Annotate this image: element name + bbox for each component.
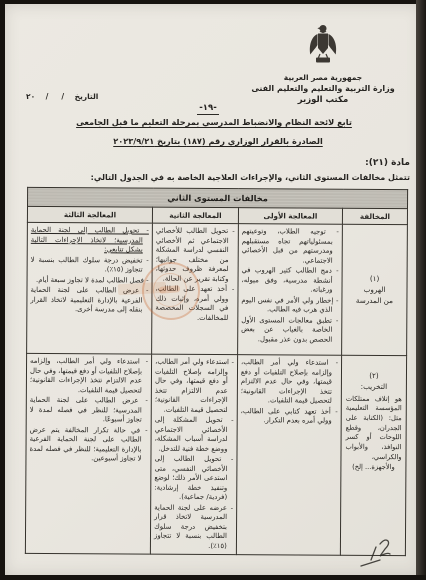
violation-number: (٢) — [345, 371, 403, 382]
table-caption-row: مخالفات المستوى الثاني — [28, 187, 408, 208]
violations-table: مخالفات المستوى الثاني المخالفة المعالجة… — [25, 187, 408, 557]
treatment-item: - إخطار ولي الأمر في نفس اليوم الذي هرب … — [241, 296, 338, 316]
letterhead-ministry: وزارة التربية والتعليم والتعليم الفنى — [248, 84, 398, 93]
col-header-treatment-3: المعالجة الثالثة — [27, 206, 152, 223]
table-row-escape: (١) الهروب من المدرسة - توجيه الطلاب، وت… — [27, 222, 408, 355]
treatment-item: - في حالة تكرار المخالفة يتم عرض الطالب … — [29, 425, 147, 464]
col-header-treatment-1: المعالجة الأولى — [238, 208, 342, 225]
violation-description: هو إتلاف ممتلكات المؤسسة التعليمية مثل: … — [344, 394, 402, 472]
violation-escape: (١) الهروب من المدرسة — [345, 274, 403, 307]
treatment-item: - تحويل المشكلة إلى الأخصائي الاجتماعي ل… — [155, 416, 234, 455]
scan-edge-bottom — [0, 575, 426, 580]
treatment-item: - تطبق معالجات المستوى الأول الخاصة بالغ… — [241, 316, 338, 345]
violation-vandalism: (٢) التخريب: هو إتلاف ممتلكات المؤسسة ال… — [344, 359, 403, 473]
table-caption: مخالفات المستوى الثاني — [28, 187, 408, 208]
table-row-vandalism: (٢) التخريب: هو إتلاف ممتلكات المؤسسة ال… — [25, 353, 406, 556]
treatment-3-cell: - استدعاء ولي أمر الطالب، وإلزامه بإصلاح… — [25, 353, 151, 554]
treatment-3-list: - تحويل الطالب إلى لجنة الحماية المدرسية… — [30, 226, 149, 315]
letterhead-office: مكتب الوزير — [248, 95, 398, 105]
page-number: -١٩- — [186, 103, 230, 113]
subject-line-1: تابع لائحة النظام والانضباط المدرسي بمرح… — [76, 117, 352, 127]
violation-cell: (٢) التخريب: هو إتلاف ممتلكات المؤسسة ال… — [340, 355, 406, 556]
treatment-3-list: - استدعاء ولي أمر الطالب، وإلزامه بإصلاح… — [29, 357, 148, 464]
handwritten-initial-mark-icon — [350, 537, 396, 573]
treatment-item: - عرضه على لجنة الحماية المدرسية لاتخاذ … — [154, 503, 233, 551]
col-header-treatment-2: المعالجة الثانية — [152, 207, 238, 224]
treatment-item: - تخفيض درجة سلوك الطالب بنسبة لا تتجاوز… — [31, 255, 149, 275]
treatment-item: - دمج الطالب كثير الهروب في أنشطة مدرسية… — [241, 266, 338, 295]
treatment-item: - استدعاء ولي أمر الطالب، وإلزامه بإصلاح… — [155, 358, 234, 416]
article-title: مادة (٢١): — [365, 158, 410, 168]
violation-subtitle: من المدرسة — [345, 296, 403, 307]
treatment-2-list: - استدعاء ولي أمر الطالب، وإلزامه بإصلاح… — [154, 358, 234, 552]
scan-edge-right — [416, 0, 426, 580]
egypt-eagle-emblem-icon — [306, 24, 340, 70]
treatment-1-cell: - استدعاء ولي أمر الطالب، وإلزامه بإصلاح… — [236, 355, 341, 556]
violations-table-wrap: مخالفات المستوى الثاني المخالفة المعالجة… — [25, 187, 408, 557]
article-intro: تتمثل مخالفات المستوى الثاني، والإجراءات… — [36, 173, 410, 182]
treatment-2-cell: - استدعاء ولي أمر الطالب، وإلزامه بإصلاح… — [150, 354, 237, 555]
treatment-1-list: - توجيه الطلاب، وتوعيتهم بمسئولياتهم تجا… — [241, 227, 339, 345]
scan-edge-left — [0, 0, 5, 580]
violation-title: التخريب: — [345, 382, 403, 393]
violation-cell: (١) الهروب من المدرسة — [342, 224, 408, 355]
treatment-1-cell: - توجيه الطلاب، وتوعيتهم بمسئولياتهم تجا… — [238, 224, 343, 356]
col-header-violation: المخالفة — [342, 208, 407, 224]
violation-title: الهروب — [345, 285, 403, 296]
treatment-item: - توجيه الطلاب، وتوعيتهم بمسئولياتهم تجا… — [242, 227, 339, 266]
scanned-document-page: جمهورية مصر العربية وزارة التربية والتعل… — [0, 0, 426, 580]
violation-number: (١) — [346, 274, 404, 285]
treatment-item: - استدعاء ولي أمر الطالب، وإلزامه بإصلاح… — [30, 357, 148, 396]
treatment-item: - تحويل الطالب إلى لجنة الحماية المدرسية… — [31, 226, 149, 255]
treatment-item: - أخذ تعهد كتابي على الطالب، وولي أمره ب… — [241, 407, 338, 427]
treatment-item: - عرض الطالب على لجنة الحماية المدرسية؛ … — [30, 396, 148, 425]
letterhead-country: جمهورية مصر العربية — [248, 73, 398, 82]
treatment-item: - تحويل الطالب إلى الأخصائي النفسي، متى … — [154, 455, 233, 503]
treatment-1-list: - استدعاء ولي أمر الطالب، وإلزامه بإصلاح… — [241, 358, 339, 426]
date-line: التاريخ / / ٢٠ — [26, 92, 126, 101]
circular-press-watermark-icon — [142, 262, 200, 320]
treatment-item: - استدعاء ولي أمر الطالب، وإلزامه بإصلاح… — [241, 358, 338, 406]
letterhead: جمهورية مصر العربية وزارة التربية والتعل… — [248, 24, 398, 105]
scan-edge-top — [0, 0, 426, 4]
subject-line-2: الصادرة بالقرار الوزاري رقم (١٨٧) بتاريخ… — [102, 136, 334, 146]
